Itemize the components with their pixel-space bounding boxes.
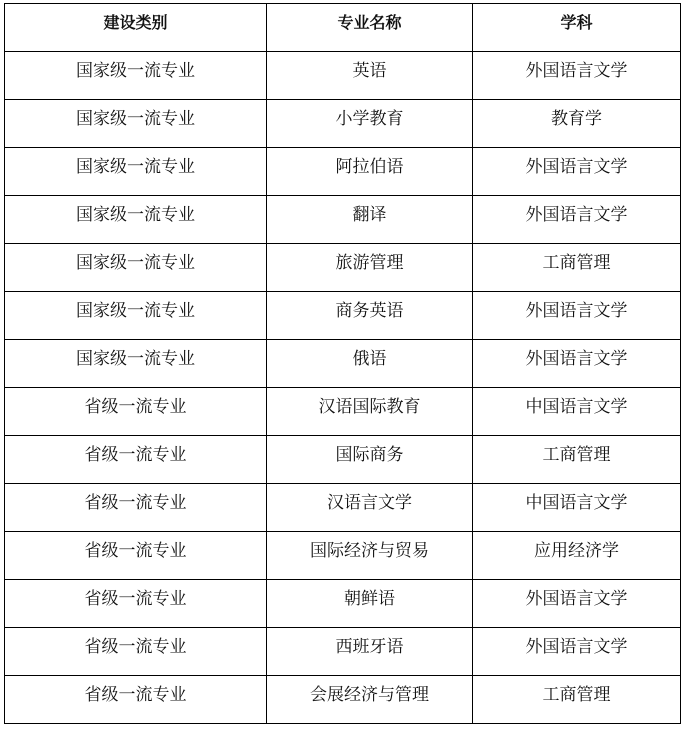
cell-category: 国家级一流专业 [5, 52, 267, 100]
cell-discipline: 应用经济学 [473, 532, 681, 580]
cell-major-name: 朝鲜语 [267, 580, 473, 628]
cell-discipline: 外国语言文学 [473, 340, 681, 388]
cell-major-name: 会展经济与管理 [267, 676, 473, 724]
header-category: 建设类别 [5, 4, 267, 52]
header-discipline: 学科 [473, 4, 681, 52]
cell-discipline: 外国语言文学 [473, 148, 681, 196]
cell-major-name: 英语 [267, 52, 473, 100]
table-row: 国家级一流专业 旅游管理 工商管理 [5, 244, 681, 292]
cell-discipline: 中国语言文学 [473, 484, 681, 532]
cell-category: 国家级一流专业 [5, 244, 267, 292]
cell-major-name: 国际商务 [267, 436, 473, 484]
cell-category: 省级一流专业 [5, 388, 267, 436]
cell-discipline: 外国语言文学 [473, 628, 681, 676]
cell-category: 国家级一流专业 [5, 148, 267, 196]
cell-major-name: 国际经济与贸易 [267, 532, 473, 580]
table-row: 国家级一流专业 英语 外国语言文学 [5, 52, 681, 100]
cell-category: 国家级一流专业 [5, 340, 267, 388]
table-row: 国家级一流专业 商务英语 外国语言文学 [5, 292, 681, 340]
table-row: 省级一流专业 国际经济与贸易 应用经济学 [5, 532, 681, 580]
cell-discipline: 外国语言文学 [473, 196, 681, 244]
cell-discipline: 工商管理 [473, 436, 681, 484]
cell-major-name: 西班牙语 [267, 628, 473, 676]
cell-major-name: 俄语 [267, 340, 473, 388]
cell-category: 国家级一流专业 [5, 100, 267, 148]
majors-table: 建设类别 专业名称 学科 国家级一流专业 英语 外国语言文学 国家级一流专业 小… [4, 3, 681, 724]
cell-major-name: 小学教育 [267, 100, 473, 148]
table-row: 省级一流专业 汉语言文学 中国语言文学 [5, 484, 681, 532]
cell-major-name: 阿拉伯语 [267, 148, 473, 196]
table-row: 国家级一流专业 翻译 外国语言文学 [5, 196, 681, 244]
table-row: 省级一流专业 会展经济与管理 工商管理 [5, 676, 681, 724]
cell-major-name: 商务英语 [267, 292, 473, 340]
cell-category: 省级一流专业 [5, 628, 267, 676]
cell-category: 省级一流专业 [5, 436, 267, 484]
header-major-name: 专业名称 [267, 4, 473, 52]
table-row: 省级一流专业 汉语国际教育 中国语言文学 [5, 388, 681, 436]
table-row: 省级一流专业 国际商务 工商管理 [5, 436, 681, 484]
cell-discipline: 外国语言文学 [473, 292, 681, 340]
cell-category: 省级一流专业 [5, 484, 267, 532]
cell-discipline: 中国语言文学 [473, 388, 681, 436]
cell-category: 省级一流专业 [5, 532, 267, 580]
cell-major-name: 旅游管理 [267, 244, 473, 292]
cell-major-name: 翻译 [267, 196, 473, 244]
cell-category: 省级一流专业 [5, 580, 267, 628]
cell-category: 国家级一流专业 [5, 196, 267, 244]
table-row: 国家级一流专业 阿拉伯语 外国语言文学 [5, 148, 681, 196]
cell-discipline: 教育学 [473, 100, 681, 148]
cell-major-name: 汉语言文学 [267, 484, 473, 532]
cell-major-name: 汉语国际教育 [267, 388, 473, 436]
cell-discipline: 工商管理 [473, 244, 681, 292]
table-row: 国家级一流专业 小学教育 教育学 [5, 100, 681, 148]
cell-category: 国家级一流专业 [5, 292, 267, 340]
table-row: 国家级一流专业 俄语 外国语言文学 [5, 340, 681, 388]
cell-category: 省级一流专业 [5, 676, 267, 724]
table-row: 省级一流专业 西班牙语 外国语言文学 [5, 628, 681, 676]
cell-discipline: 工商管理 [473, 676, 681, 724]
cell-discipline: 外国语言文学 [473, 52, 681, 100]
table-header-row: 建设类别 专业名称 学科 [5, 4, 681, 52]
cell-discipline: 外国语言文学 [473, 580, 681, 628]
table-row: 省级一流专业 朝鲜语 外国语言文学 [5, 580, 681, 628]
